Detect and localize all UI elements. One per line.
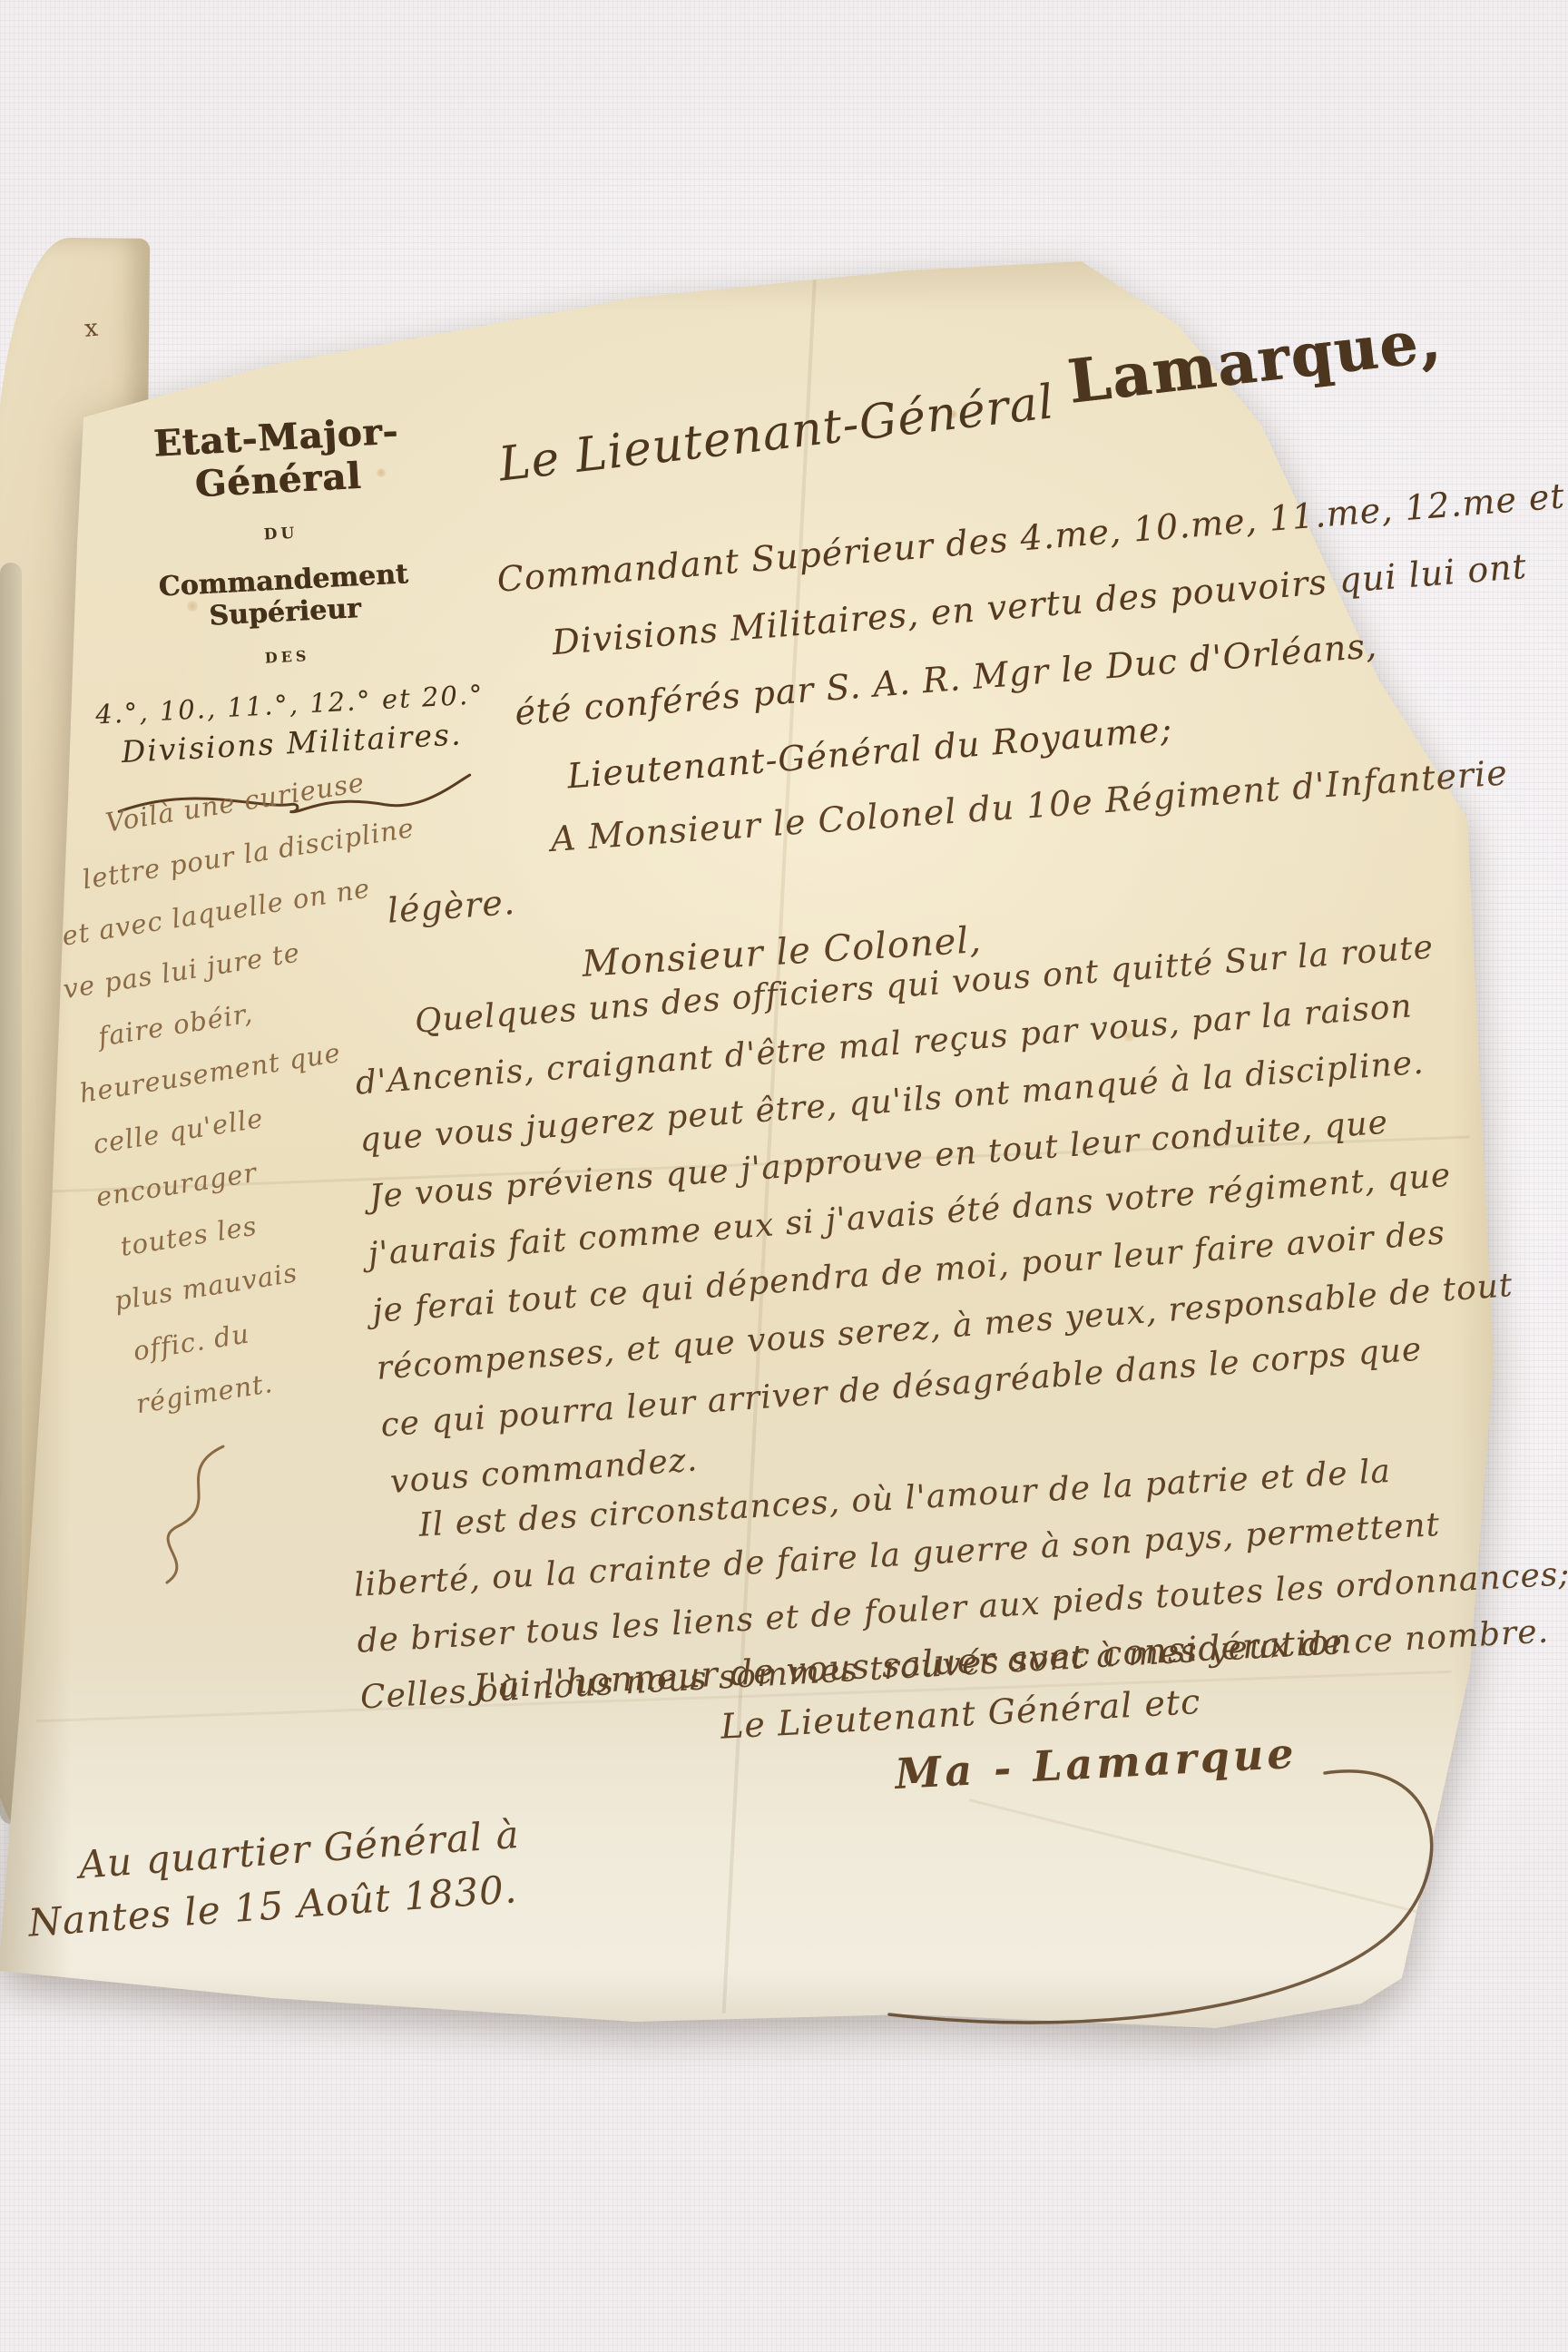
margin-note-flourish (136, 1439, 254, 1593)
signature-flourish (817, 1751, 1470, 2114)
book-spine-edge (0, 563, 22, 1824)
letterhead-commandement: Commandement Supérieur (88, 554, 481, 638)
photo-of-letter: x Etat-Major-Général DU Commandement Sup… (0, 0, 1568, 2352)
body-paragraph-1: Quelques uns des officiers qui vous ont … (349, 915, 1524, 1511)
pen-x-mark: x (83, 315, 99, 343)
letterhead-des: DES (92, 638, 482, 675)
letterhead-du: DU (85, 514, 475, 553)
